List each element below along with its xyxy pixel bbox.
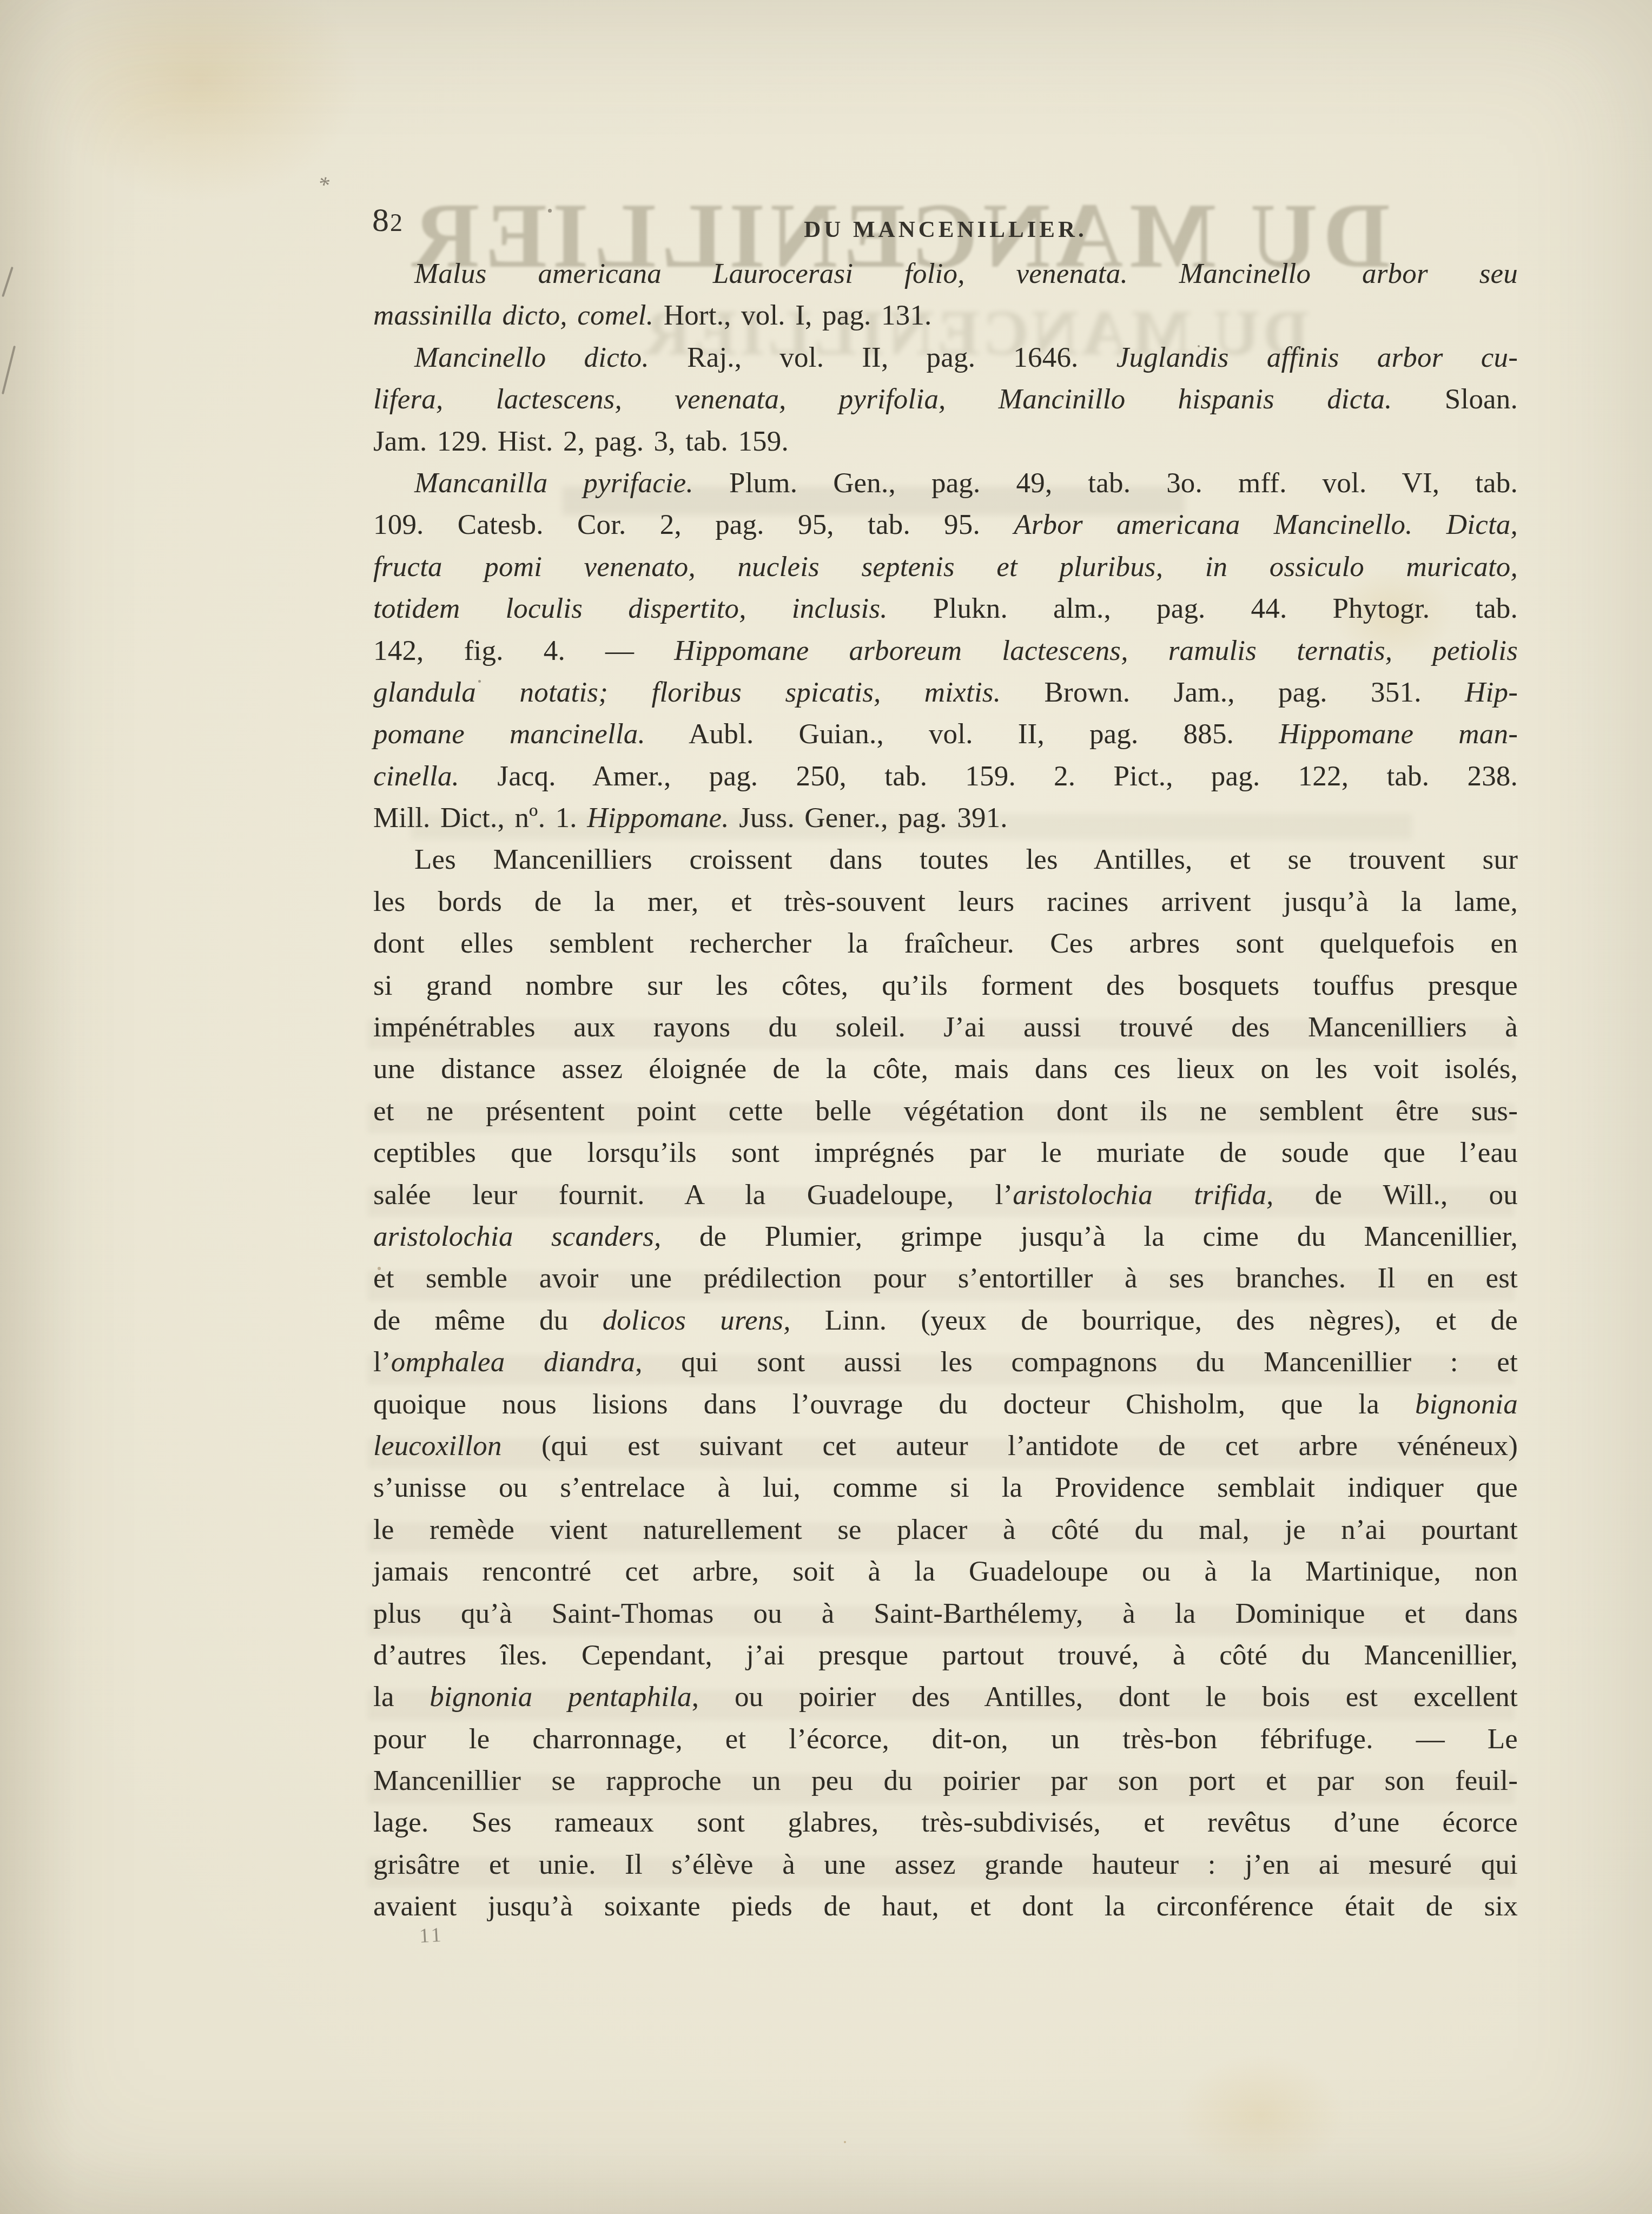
text-line: impénétrables aux rayons du soleil. J’ai… (373, 1007, 1518, 1048)
italic-text-segment: cinella. (373, 761, 459, 792)
text-line: la bignonia pentaphila, ou poirier des A… (373, 1676, 1518, 1718)
pencil-mark-asterisk: * (315, 171, 333, 199)
italic-text-segment: omphalea diandra (391, 1346, 635, 1378)
book-page: DU MANCENILLIER DU MANCENILLIER 82 DU MA… (0, 0, 1652, 2214)
text-line: glandula notatis; floribus spicatis, mix… (373, 672, 1518, 713)
italic-text-segment: Hippomane man- (1279, 718, 1518, 750)
text-line: cinella. Jacq. Amer., pag. 250, tab. 159… (373, 756, 1518, 797)
italic-text-segment: aristolochia scanders, (373, 1221, 661, 1252)
text-segment: ceptibles que lorsqu’ils sont imprégnés … (373, 1137, 1518, 1168)
text-line: avaient jusqu’à soixante pieds de haut, … (373, 1886, 1518, 1927)
text-line: 109. Catesb. Cor. 2, pag. 95, tab. 95. A… (373, 504, 1518, 546)
italic-text-segment: Hip- (1465, 677, 1518, 708)
italic-text-segment: aristolochia trifida, (1013, 1179, 1273, 1211)
text-segment: avaient jusqu’à soixante pieds de haut, … (373, 1891, 1518, 1922)
text-line: lifera, lactescens, venenata, pyrifolia,… (373, 379, 1518, 420)
ink-speck (1494, 1110, 1497, 1113)
text-segment: Hort., vol. I, pag. 131. (653, 300, 931, 331)
text-segment: de Plumier, grimpe jusqu’à la cime du Ma… (661, 1221, 1518, 1252)
text-line: fructa pomi venenato, nucleis septenis e… (373, 546, 1518, 588)
italic-text-segment: glandula notatis; floribus spicatis, mix… (373, 677, 1001, 708)
italic-text-segment: bignonia pentaphila (429, 1681, 691, 1713)
ink-speck (478, 680, 481, 683)
italic-text-segment: fructa pomi venenato, nucleis septenis e… (373, 551, 1518, 583)
text-segment: Plukn. alm., pag. 44. Phytogr. tab. (888, 593, 1518, 624)
text-line: pomane mancinella. Aubl. Guian., vol. II… (373, 713, 1518, 755)
text-line: Mancanilla pyrifacie. Plum. Gen., pag. 4… (373, 462, 1518, 504)
text-line: 142, fig. 4. — Hippomane arboreum lactes… (373, 630, 1518, 672)
text-segment: et ne présentent point cette belle végét… (373, 1095, 1518, 1127)
italic-text-segment: lifera, lactescens, venenata, pyrifolia,… (373, 384, 1392, 415)
text-segment: de même du (373, 1305, 603, 1336)
text-segment: 109. Catesb. Cor. 2, pag. 95, tab. 95. (373, 509, 1014, 540)
text-segment: impénétrables aux rayons du soleil. J’ai… (373, 1012, 1518, 1043)
signature-mark: 11 (419, 1923, 444, 1948)
text-segment: quoique nous lisions dans l’ouvrage du d… (373, 1389, 1415, 1420)
text-segment: Jam. 129. Hist. 2, pag. 3, tab. 159. (373, 426, 789, 457)
text-segment: 142, fig. 4. — (373, 635, 674, 666)
text-line: l’omphalea diandra, qui sont aussi les c… (373, 1341, 1518, 1383)
italic-text-segment: Mancanilla pyrifacie. (414, 467, 693, 499)
text-segment: lage. Ses rameaux sont glabres, très-sub… (373, 1807, 1518, 1838)
text-segment: Plum. Gen., pag. 49, tab. 3o. mff. vol. … (693, 467, 1518, 499)
text-segment: Mancenillier se rapproche un peu du poir… (373, 1765, 1518, 1796)
text-segment: Brown. Jam., pag. 351. (1001, 677, 1465, 708)
italic-text-segment: Hippomane arboreum lactescens, ramulis t… (674, 635, 1518, 666)
text-line: leucoxillon (qui est suivant cet auteur … (373, 1425, 1518, 1467)
text-segment: Jacq. Amer., pag. 250, tab. 159. 2. Pict… (459, 761, 1518, 792)
text-segment: dont elles semblent rechercher la fraîch… (373, 928, 1518, 959)
text-column: Malus americana Laurocerasi folio, venen… (373, 253, 1518, 1928)
text-line: Les Mancenilliers croissent dans toutes … (373, 839, 1518, 881)
text-line: aristolochia scanders, de Plumier, grimp… (373, 1216, 1518, 1258)
text-segment: Raj., vol. II, pag. 1646. (649, 342, 1116, 373)
text-segment: (qui est suivant cet auteur l’antidote d… (502, 1430, 1518, 1462)
text-segment: Juss. Gener., pag. 391. (729, 802, 1008, 834)
text-segment: Les Mancenilliers croissent dans toutes … (414, 844, 1518, 875)
italic-text-segment: leucoxillon (373, 1430, 502, 1462)
text-segment: une distance assez éloignée de la côte, … (373, 1053, 1518, 1085)
text-line: et ne présentent point cette belle végét… (373, 1091, 1518, 1132)
italic-text-segment: dolicos urens, (603, 1305, 791, 1336)
italic-text-segment: totidem loculis dispertito, inclusis. (373, 593, 888, 624)
pencil-mark-slash-2 (2, 346, 16, 394)
italic-text-segment: massinilla dicto, comel. (373, 300, 653, 331)
text-line: Mancinello dicto. Raj., vol. II, pag. 16… (373, 337, 1518, 379)
text-segment: d’autres îles. Cependant, j’ai presque p… (373, 1640, 1518, 1671)
text-segment: Mill. Dict., nº. 1. (373, 802, 587, 834)
ink-speck (844, 2141, 846, 2143)
italic-text-segment: pomane mancinella. (373, 718, 645, 750)
italic-text-segment: bignonia (1415, 1389, 1518, 1420)
text-line: jamais rencontré cet arbre, soit à la Gu… (373, 1551, 1518, 1592)
text-line: s’unisse ou s’entrelace à lui, comme si … (373, 1467, 1518, 1509)
text-segment: la (373, 1681, 429, 1713)
text-line: si grand nombre sur les côtes, qu’ils fo… (373, 965, 1518, 1007)
text-segment: grisâtre et unie. Il s’élève à une assez… (373, 1849, 1518, 1880)
text-line: quoique nous lisions dans l’ouvrage du d… (373, 1384, 1518, 1425)
text-line: le remède vient naturellement se placer … (373, 1509, 1518, 1551)
text-segment: s’unisse ou s’entrelace à lui, comme si … (373, 1472, 1518, 1503)
text-line: totidem loculis dispertito, inclusis. Pl… (373, 588, 1518, 630)
text-segment: jamais rencontré cet arbre, soit à la Gu… (373, 1556, 1518, 1587)
text-segment: plus qu’à Saint-Thomas ou à Saint-Barthé… (373, 1598, 1518, 1629)
text-line: lage. Ses rameaux sont glabres, très-sub… (373, 1802, 1518, 1843)
text-line: d’autres îles. Cependant, j’ai presque p… (373, 1635, 1518, 1676)
ink-speck (548, 209, 552, 213)
text-segment: si grand nombre sur les côtes, qu’ils fo… (373, 970, 1518, 1001)
text-segment: le remède vient naturellement se placer … (373, 1514, 1518, 1545)
running-header: DU MANCENILLIER. (373, 216, 1518, 243)
text-line: grisâtre et unie. Il s’élève à une assez… (373, 1844, 1518, 1886)
text-segment: Aubl. Guian., vol. II, pag. 885. (645, 718, 1279, 750)
text-line: et semble avoir une prédilection pour s’… (373, 1258, 1518, 1299)
text-line: une distance assez éloignée de la côte, … (373, 1048, 1518, 1090)
ink-speck (888, 227, 890, 229)
text-line: de même du dolicos urens, Linn. (yeux de… (373, 1300, 1518, 1341)
text-segment: pour le charronnage, et l’écorce, dit-on… (373, 1723, 1518, 1755)
ink-speck (378, 1267, 381, 1270)
text-line: les bords de la mer, et très-souvent leu… (373, 881, 1518, 923)
text-line: dont elles semblent rechercher la fraîch… (373, 923, 1518, 964)
text-line: Jam. 129. Hist. 2, pag. 3, tab. 159. (373, 421, 1518, 462)
text-segment: , ou poirier des Antilles, dont le bois … (692, 1681, 1518, 1713)
text-line: salée leur fournit. A la Guadeloupe, l’a… (373, 1174, 1518, 1216)
text-segment: de Will., ou (1274, 1179, 1518, 1211)
text-segment: Linn. (yeux de bourrique, des nègres), e… (791, 1305, 1518, 1336)
text-segment: les bords de la mer, et très-souvent leu… (373, 886, 1518, 917)
text-segment: et semble avoir une prédilection pour s’… (373, 1263, 1518, 1294)
italic-text-segment: Arbor americana Mancinello. Dicta, (1014, 509, 1518, 540)
text-line: pour le charronnage, et l’écorce, dit-on… (373, 1719, 1518, 1760)
text-line: plus qu’à Saint-Thomas ou à Saint-Barthé… (373, 1593, 1518, 1635)
italic-text-segment: Mancinello dicto. (414, 342, 649, 373)
ink-speck (1198, 345, 1200, 347)
italic-text-segment: Juglandis affinis arbor cu- (1116, 342, 1518, 373)
text-segment: , qui sont aussi les compagnons du Mance… (635, 1346, 1518, 1378)
pencil-mark-slash-1 (2, 267, 14, 297)
italic-text-segment: Malus americana Laurocerasi folio, venen… (414, 258, 1518, 289)
text-segment: Sloan. (1392, 384, 1518, 415)
text-line: ceptibles que lorsqu’ils sont imprégnés … (373, 1132, 1518, 1174)
text-segment: salée leur fournit. A la Guadeloupe, l’ (373, 1179, 1013, 1211)
text-segment: l’ (373, 1346, 391, 1378)
italic-text-segment: Hippomane. (587, 802, 729, 834)
text-line: Malus americana Laurocerasi folio, venen… (373, 253, 1518, 295)
text-line: massinilla dicto, comel. Hort., vol. I, … (373, 295, 1518, 336)
text-line: Mancenillier se rapproche un peu du poir… (373, 1760, 1518, 1802)
text-line: Mill. Dict., nº. 1. Hippomane. Juss. Gen… (373, 797, 1518, 839)
